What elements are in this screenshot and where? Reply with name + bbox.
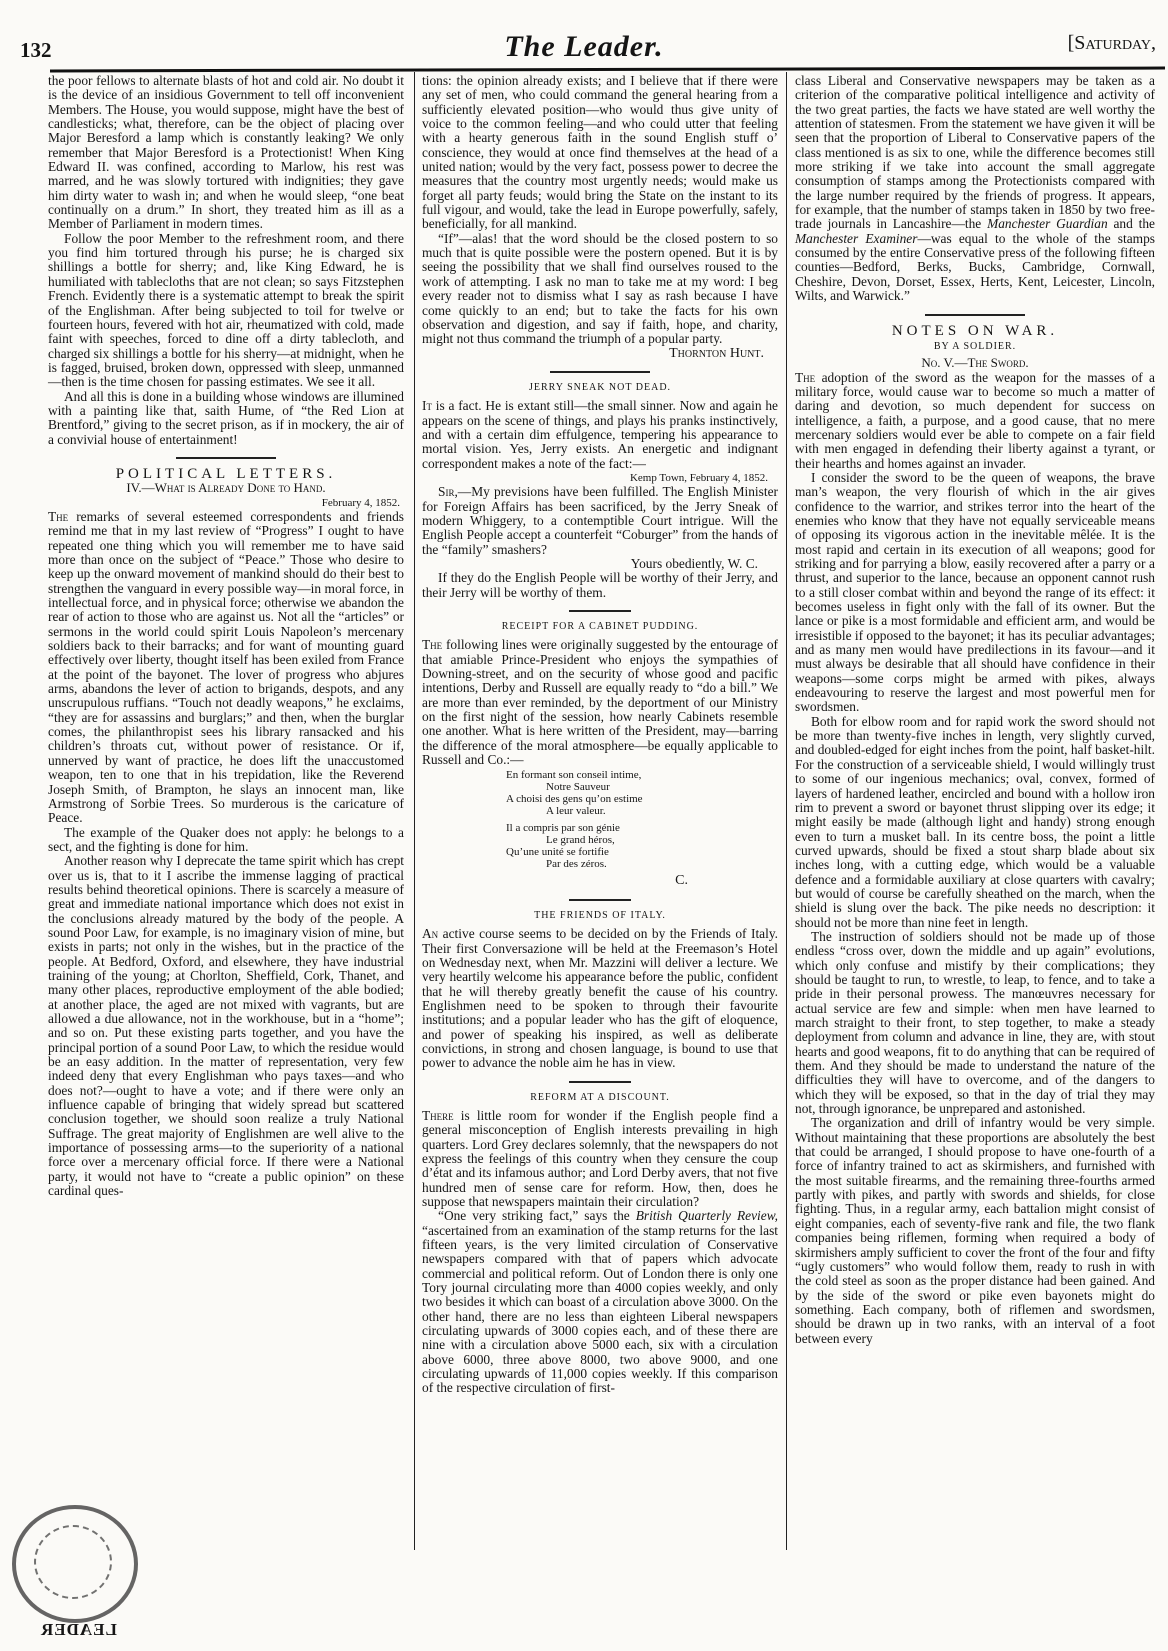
paragraph: class Liberal and Conservative newspaper…: [795, 74, 1155, 304]
paragraph: The following lines were originally sugg…: [422, 638, 778, 767]
verse-line: En formant son conseil intime,: [506, 769, 778, 781]
article-title-jerry-sneak: Jerry Sneak not Dead.: [422, 381, 778, 395]
verse-block: En formant son conseil intime,Notre Sauv…: [506, 769, 778, 870]
verse-line: A choisi des gens qu’on estime: [506, 793, 778, 805]
section-divider: [925, 314, 1025, 316]
signature: Thornton Hunt.: [422, 347, 778, 361]
byline: BY A SOLDIER.: [795, 340, 1155, 354]
dateline: [Saturday,: [1068, 32, 1156, 55]
verse-line: Notre Sauveur: [506, 781, 778, 793]
drop-lead: The: [48, 509, 68, 524]
letter-body: Sir,—My previsions have been fulfilled. …: [422, 485, 778, 557]
section-title-notes-on-war: NOTES ON WAR.: [795, 324, 1155, 338]
column-divider: [414, 72, 415, 1550]
paragraph: It is a fact. He is extant still—the sma…: [422, 399, 778, 471]
paragraph: The instruction of soldiers should not b…: [795, 930, 1155, 1116]
section-divider: [569, 1081, 631, 1083]
letter-signoff: Yours obediently, W. C.: [422, 557, 778, 571]
paragraph: “One very striking fact,” says the Briti…: [422, 1209, 778, 1395]
verse-line: A leur valeur.: [506, 805, 778, 817]
article-title-cabinet-pudding: Receipt for a Cabinet Pudding.: [422, 620, 778, 634]
masthead: 132 The Leader. [Saturday,: [0, 0, 1168, 70]
paragraph: Both for elbow room and for rapid work t…: [795, 715, 1155, 930]
paragraph: the poor fellows to alternate blasts of …: [48, 74, 404, 232]
stamp-seal: [34, 1525, 112, 1599]
library-stamp: [12, 1505, 138, 1623]
paragraph: There is little room for wonder if the E…: [422, 1109, 778, 1209]
newspaper-title: The Leader.: [0, 30, 1168, 64]
paragraph: The example of the Quaker does not apply…: [48, 826, 404, 855]
verse-line: Par des zéros.: [506, 858, 778, 870]
column-2: tions: the opinion already exists; and I…: [422, 74, 778, 1396]
section-subtitle: IV.—What is Already Done to Hand.: [48, 481, 404, 495]
masthead-rule: [50, 67, 1165, 73]
verse-signature: C.: [422, 874, 778, 888]
verse-line: Il a compris par son génie: [506, 822, 778, 834]
paragraph: I consider the sword to be the queen of …: [795, 471, 1155, 715]
section-divider: [176, 457, 276, 459]
paragraph: An active course seems to be decided on …: [422, 927, 778, 1070]
paragraph: Another reason why I deprecate the tame …: [48, 854, 404, 1198]
article-title-friends-of-italy: The Friends of Italy.: [422, 909, 778, 923]
column-1: the poor fellows to alternate blasts of …: [48, 74, 404, 1198]
letter-place-date: Kemp Town, February 4, 1852.: [422, 471, 778, 485]
paragraph: The remarks of several esteemed correspo…: [48, 510, 404, 826]
paragraph: Follow the poor Member to the refreshmen…: [48, 232, 404, 390]
verse-line: Le grand héros,: [506, 834, 778, 846]
paragraph: “If”—alas! that the word should be the c…: [422, 232, 778, 347]
paragraph: The adoption of the sword as the weapon …: [795, 371, 1155, 471]
column-divider: [786, 72, 787, 1550]
article-title-reform: Reform at a Discount.: [422, 1091, 778, 1105]
section-divider: [550, 371, 650, 373]
section-subtitle: No. V.—The Sword.: [795, 356, 1155, 370]
paragraph: And all this is done in a building whose…: [48, 390, 404, 447]
paragraph: The organization and drill of infantry w…: [795, 1116, 1155, 1346]
paragraph: If they do the English People will be wo…: [422, 571, 778, 600]
stamp-label: LEADER: [40, 1620, 117, 1640]
section-divider: [569, 610, 631, 612]
section-title-political-letters: POLITICAL LETTERS.: [48, 467, 404, 481]
section-date: February 4, 1852.: [48, 496, 404, 510]
verse-line: Qu’une unité se fortifie: [506, 846, 778, 858]
section-divider: [569, 899, 631, 901]
paragraph: tions: the opinion already exists; and I…: [422, 74, 778, 232]
column-3: class Liberal and Conservative newspaper…: [795, 74, 1155, 1346]
